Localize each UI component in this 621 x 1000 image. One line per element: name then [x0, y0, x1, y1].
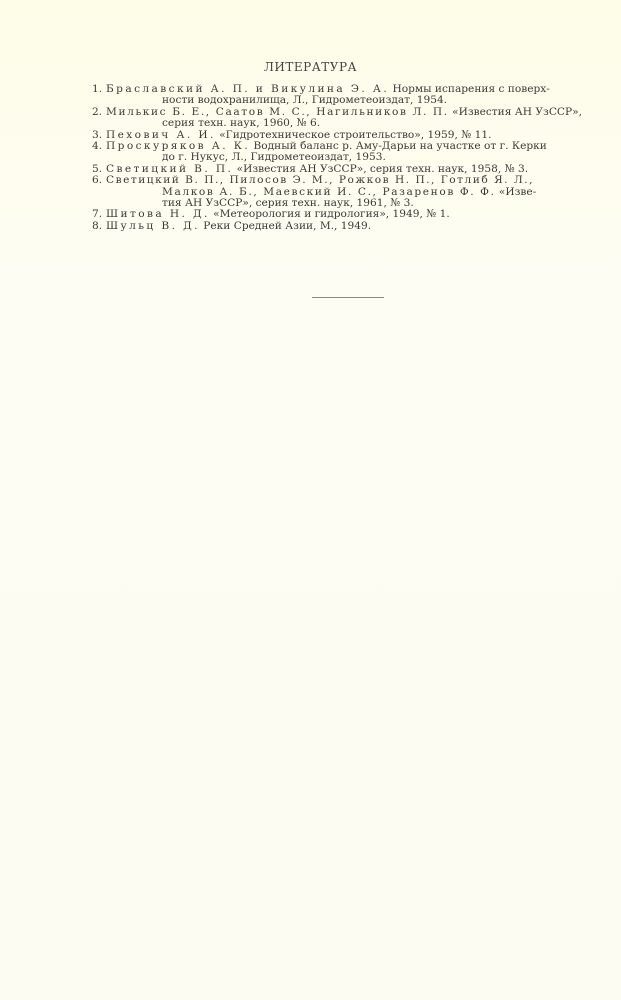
reference-item: 6. Светицкий В. П., Пилосов Э. М., Рожко… [92, 175, 612, 209]
reference-text: Реки Средней Азии, М., 1949. [200, 220, 371, 232]
page-heading: ЛИТЕРАТУРА [0, 60, 621, 74]
reference-authors: Шульц В. Д. [106, 220, 200, 232]
reference-item: 8. Шульц В. Д. Реки Средней Азии, М., 19… [92, 221, 612, 232]
reference-item: 2. Милькис Б. Е., Саатов М. С., Нагильни… [92, 107, 612, 130]
reference-list: 1. Браславский А. П. и Викулина Э. А. Но… [92, 84, 612, 232]
reference-text: «Изве- [496, 186, 537, 198]
reference-item: 1. Браславский А. П. и Викулина Э. А. Но… [92, 84, 612, 107]
reference-item: 4. Проскуряков А. К. Водный баланс р. Ам… [92, 141, 612, 164]
reference-authors: Шитова Н. Д. [106, 208, 210, 220]
reference-authors: Светицкий В. П. [106, 163, 233, 175]
reference-authors: Проскуряков А. К. [106, 140, 250, 152]
reference-number: 6. [92, 175, 102, 186]
reference-text: Нормы испарения с поверх- [389, 83, 550, 95]
reference-authors: Пехович А. И. [106, 129, 216, 141]
reference-authors: Малков А. Б., Маевский И. С., Разаренов … [162, 186, 496, 198]
reference-text: Водный баланс р. Аму-Дарьи на участке от… [250, 140, 547, 152]
reference-number: 8. [92, 221, 102, 232]
reference-number: 2. [92, 107, 102, 118]
reference-authors: Милькис Б. Е., Саатов М. С., Нагильников… [106, 106, 449, 118]
reference-authors: Светицкий В. П., Пилосов Э. М., Рожков Н… [106, 174, 534, 186]
reference-text: «Гидротехническое строительство», 1959, … [216, 129, 492, 141]
reference-text: «Известия АН УзССР», [449, 106, 582, 118]
reference-text: «Известия АН УзССР», серия техн. наук, 1… [233, 163, 528, 175]
reference-text: «Метеорология и гидрология», 1949, № 1. [210, 208, 450, 220]
scanned-page: ЛИТЕРАТУРА 1. Браславский А. П. и Викули… [0, 0, 621, 1000]
reference-authors: Браславский А. П. и Викулина Э. А. [106, 83, 389, 95]
reference-number: 1. [92, 84, 102, 95]
reference-number: 4. [92, 141, 102, 152]
section-divider [312, 297, 384, 298]
